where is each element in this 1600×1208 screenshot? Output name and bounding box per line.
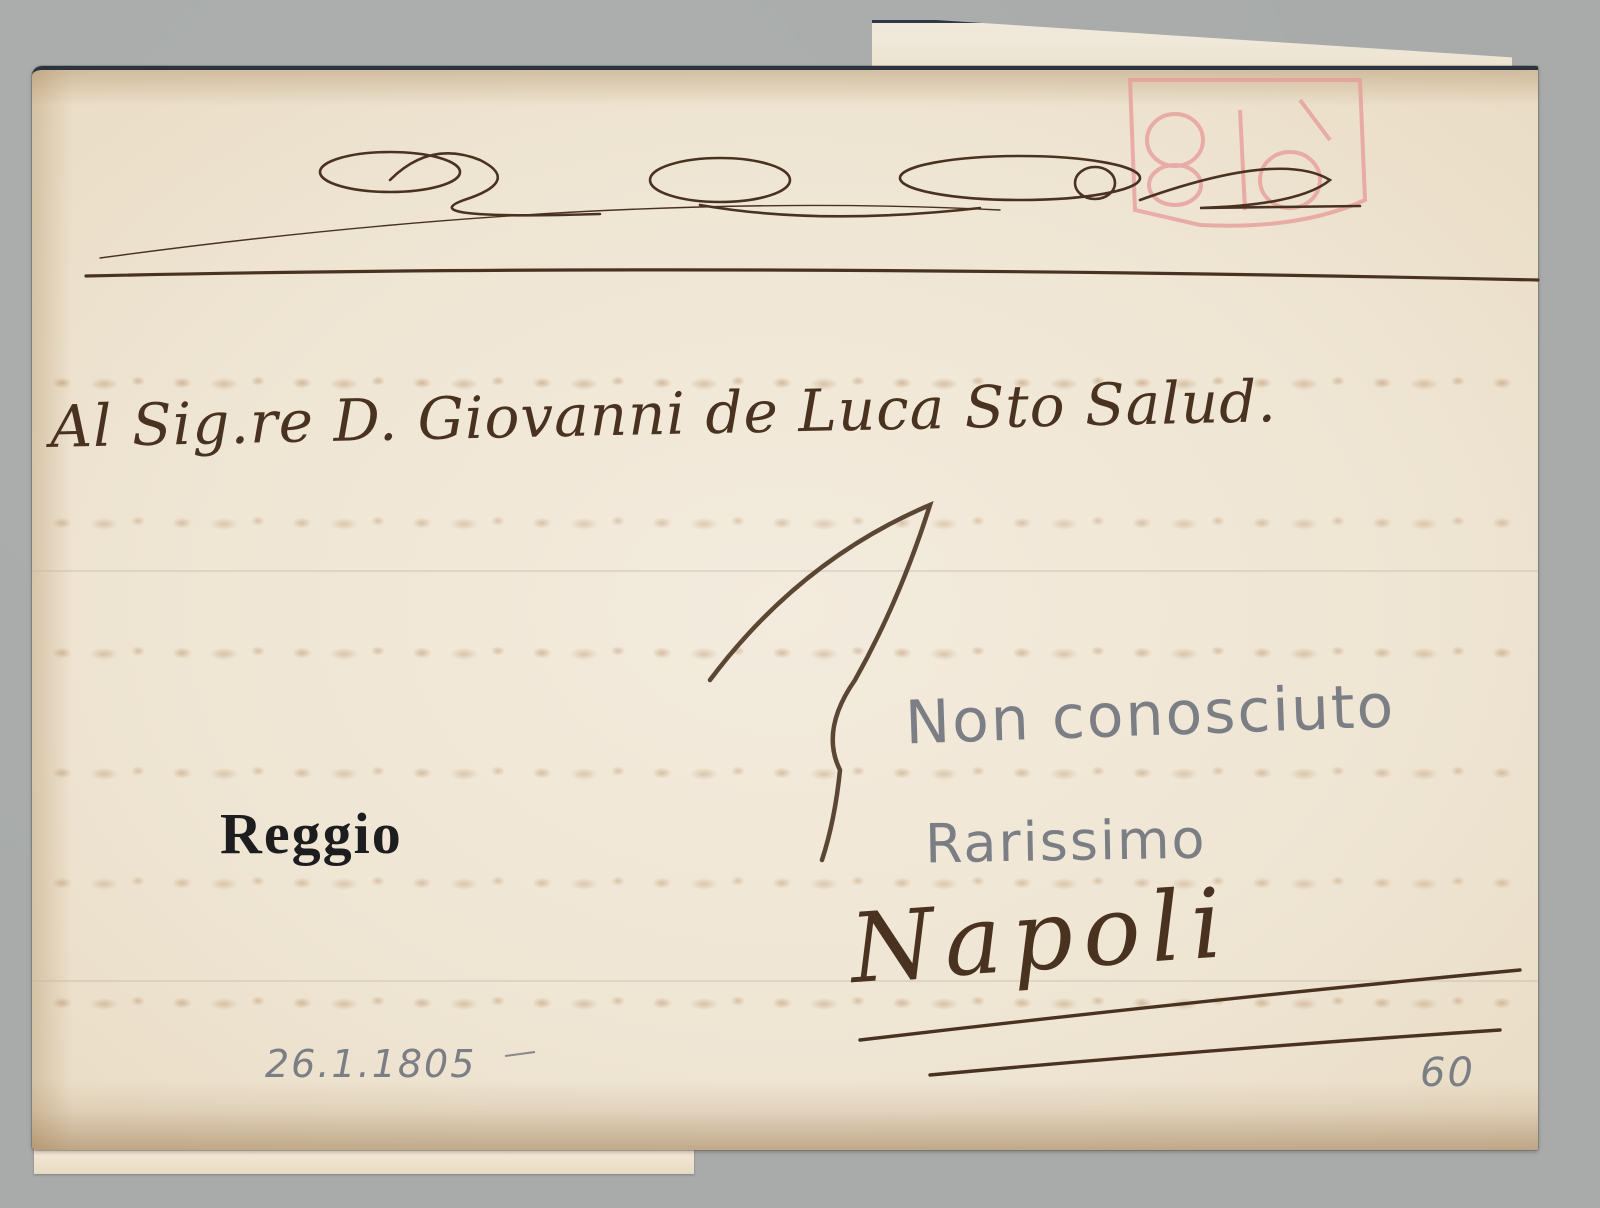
pencil-note-rarissimo: Rarissimo <box>924 808 1207 876</box>
pencil-note-price: 60 <box>1420 1050 1475 1096</box>
pencil-note-date: 26.1.1805 <box>265 1042 476 1086</box>
rate-numeral-7-icon <box>710 505 930 860</box>
origin-handstamp: Reggio <box>220 800 403 867</box>
handwriting-layer <box>0 0 1600 1208</box>
pencil-dash-icon <box>505 1052 535 1056</box>
